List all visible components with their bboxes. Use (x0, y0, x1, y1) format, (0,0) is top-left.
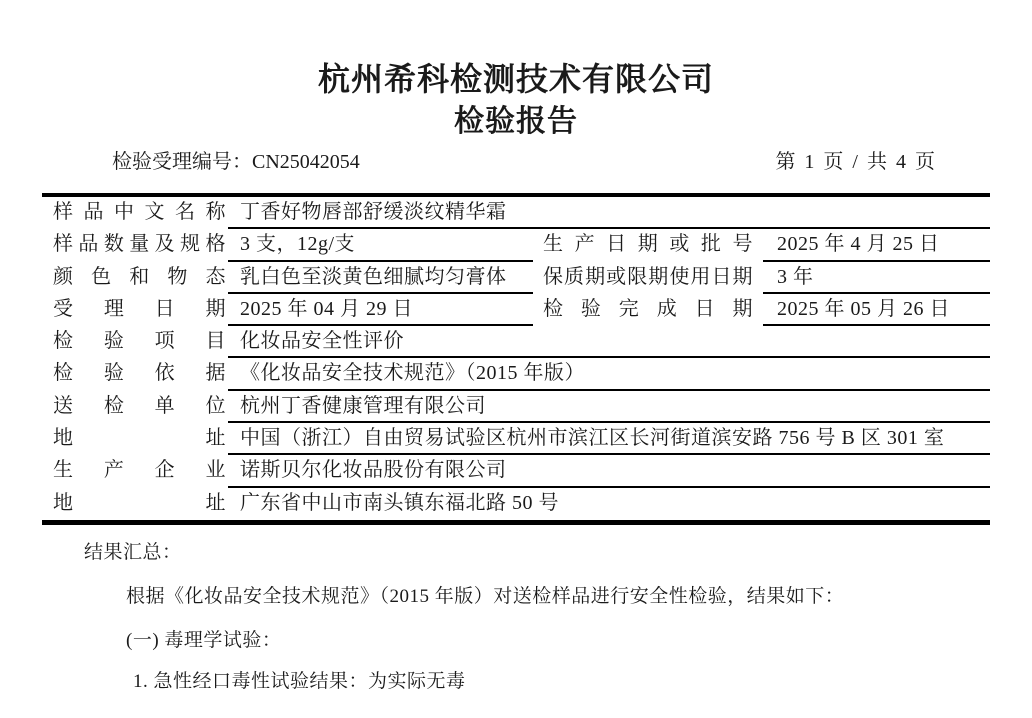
table-row-manufacturer: 生产企业 诺斯贝尔化妆品股份有限公司 (42, 455, 990, 487)
row-value: 化妆品安全性评价 (228, 326, 990, 358)
acceptance-number-value: CN25042054 (252, 151, 360, 173)
row-value: 广东省中山市南头镇东福北路 50 号 (228, 488, 990, 520)
table-row-client-address: 地址 中国（浙江）自由贸易试验区杭州市滨江区长河街道滨安路 756 号 B 区 … (42, 423, 990, 455)
report-page: 杭州希科检测技术有限公司 检验报告 检验受理编号：CN25042054 第 1 … (0, 0, 1032, 718)
table-row-acceptance-date: 受理日期 2025 年 04 月 29 日 检验完成日期 2025 年 05 月… (42, 294, 990, 326)
acceptance-number-line: 检验受理编号：CN25042054 (112, 145, 360, 174)
row-label: 受理日期 (42, 294, 228, 326)
row-label: 检验依据 (42, 358, 228, 390)
row-value: 丁香好物唇部舒缓淡纹精华霜 (228, 197, 990, 229)
acceptance-number-label: 检验受理编号： (112, 151, 252, 173)
row-label-2: 生产日期或批号 (533, 229, 763, 261)
row-label-2: 检验完成日期 (533, 294, 763, 326)
row-label: 送检单位 (42, 391, 228, 423)
company-name: 杭州希科检测技术有限公司 (0, 54, 1032, 100)
row-value-2: 3 年 (763, 262, 990, 294)
row-value: 杭州丁香健康管理有限公司 (228, 391, 990, 423)
table-row-sample-name: 样品中文名称 丁香好物唇部舒缓淡纹精华霜 (42, 197, 990, 229)
row-value: 2025 年 04 月 29 日 (228, 294, 533, 326)
page-indicator: 第 1 页 / 共 4 页 (775, 145, 937, 174)
table-row-test-item: 检验项目 化妆品安全性评价 (42, 326, 990, 358)
report-title: 检验报告 (0, 96, 1032, 140)
row-value-2: 2025 年 05 月 26 日 (763, 294, 990, 326)
row-value: 乳白色至淡黄色细腻均匀膏体 (228, 262, 533, 294)
summary-heading: 结果汇总： (84, 537, 182, 564)
table-row-test-basis: 检验依据 《化妆品安全技术规范》（2015 年版） (42, 358, 990, 390)
row-label: 样品数量及规格 (42, 229, 228, 261)
table-row-color-state: 颜色和物态 乳白色至淡黄色细腻均匀膏体 保质期或限期使用日期 3 年 (42, 262, 990, 294)
summary-section-toxicology: (一) 毒理学试验： (126, 625, 281, 652)
row-label: 检验项目 (42, 326, 228, 358)
table-row-client: 送检单位 杭州丁香健康管理有限公司 (42, 391, 990, 423)
row-label: 样品中文名称 (42, 197, 228, 229)
row-value: 3 支，12g/支 (228, 229, 533, 261)
row-label: 生产企业 (42, 455, 228, 487)
table-row-quantity-spec: 样品数量及规格 3 支，12g/支 生产日期或批号 2025 年 4 月 25 … (42, 229, 990, 261)
row-label-2: 保质期或限期使用日期 (533, 262, 763, 294)
row-value: 中国（浙江）自由贸易试验区杭州市滨江区长河街道滨安路 756 号 B 区 301… (228, 423, 990, 455)
row-label: 颜色和物态 (42, 262, 228, 294)
table-row-manufacturer-address: 地址 广东省中山市南头镇东福北路 50 号 (42, 488, 990, 520)
row-value-2: 2025 年 4 月 25 日 (763, 229, 990, 261)
summary-intro: 根据《化妆品安全技术规范》（2015 年版）对送检样品进行安全性检验，结果如下： (126, 581, 844, 608)
summary-item-oral-toxicity: 1. 急性经口毒性试验结果：为实际无毒 (133, 666, 466, 693)
row-value: 《化妆品安全技术规范》（2015 年版） (228, 358, 990, 390)
row-label: 地址 (42, 488, 228, 520)
row-label: 地址 (42, 423, 228, 455)
sample-info-table: 样品中文名称 丁香好物唇部舒缓淡纹精华霜 样品数量及规格 3 支，12g/支 生… (42, 193, 990, 525)
row-value: 诺斯贝尔化妆品股份有限公司 (228, 455, 990, 487)
